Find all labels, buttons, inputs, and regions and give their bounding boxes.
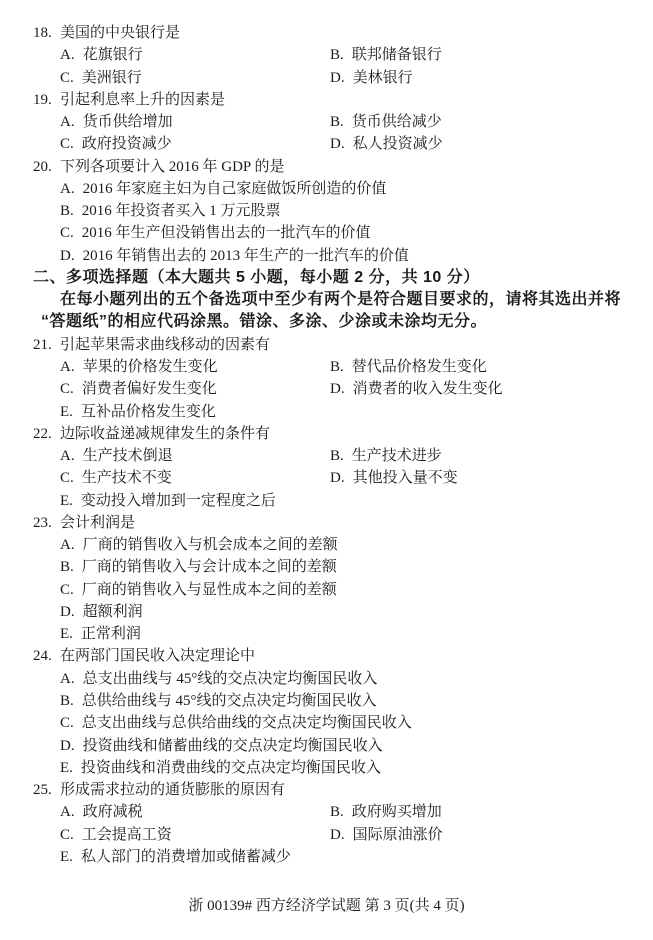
option-label: A. (60, 801, 75, 823)
option: E.正常利润 (60, 623, 141, 645)
option-label: D. (330, 467, 345, 489)
option-text: 2016 年家庭主妇为自己家庭做饭所创造的价值 (83, 178, 387, 200)
question: 23.会计利润是A.厂商的销售收入与机会成本之间的差额B.厂商的销售收入与会计成… (33, 512, 643, 646)
option: A.总支出曲线与 45°线的交点决定均衡国民收入 (60, 668, 377, 690)
option-text: 总供给曲线与 45°线的交点决定均衡国民收入 (82, 690, 377, 712)
option: A.苹果的价格发生变化 (60, 356, 330, 378)
option: D.其他投入量不变 (330, 467, 458, 489)
option: C.美洲银行 (60, 67, 330, 89)
option-label: E. (60, 623, 73, 645)
question-text: 形成需求拉动的通货膨胀的原因有 (60, 782, 285, 798)
option-text: 生产技术不变 (82, 467, 172, 489)
option-text: 货币供给增加 (83, 111, 173, 133)
option-label: A. (60, 356, 75, 378)
option-row: C.2016 年生产但没销售出去的一批汽车的价值 (33, 222, 643, 244)
option-label: B. (330, 44, 344, 66)
option-label: C. (60, 133, 74, 155)
option-label: C. (60, 467, 74, 489)
question-text: 边际收益递减规律发生的条件有 (60, 426, 270, 442)
option-row: C.消费者偏好发生变化D.消费者的收入发生变化 (33, 378, 643, 400)
option-label: A. (60, 178, 75, 200)
option-label: D. (60, 601, 75, 623)
option-label: E. (60, 401, 73, 423)
option-text: 替代品价格发生变化 (352, 356, 487, 378)
question-text: 会计利润是 (60, 515, 135, 531)
option-label: C. (60, 579, 74, 601)
question: 21.引起苹果需求曲线移动的因素有A.苹果的价格发生变化B.替代品价格发生变化C… (33, 334, 643, 423)
option-row: C.工会提高工资D.国际原油涨价 (33, 824, 643, 846)
option-text: 政府投资减少 (82, 133, 172, 155)
option-row: E.投资曲线和消费曲线的交点决定均衡国民收入 (33, 757, 643, 779)
option: A.花旗银行 (60, 44, 330, 66)
option-row: E.私人部门的消费增加或储蓄减少 (33, 846, 643, 868)
question: 24.在两部门国民收入决定理论中A.总支出曲线与 45°线的交点决定均衡国民收入… (33, 645, 643, 779)
question-number: 23. (33, 512, 60, 534)
question: 22.边际收益递减规律发生的条件有A.生产技术倒退B.生产技术进步C.生产技术不… (33, 423, 643, 512)
question-number: 21. (33, 334, 60, 356)
option: C.工会提高工资 (60, 824, 330, 846)
option-row: D.投资曲线和储蓄曲线的交点决定均衡国民收入 (33, 735, 643, 757)
option-label: B. (60, 690, 74, 712)
option-text: 生产技术进步 (352, 445, 442, 467)
question-text: 下列各项要计入 2016 年 GDP 的是 (60, 159, 284, 175)
option-text: 互补品价格发生变化 (81, 401, 216, 423)
question-text: 在两部门国民收入决定理论中 (60, 648, 255, 664)
option: A.2016 年家庭主妇为自己家庭做饭所创造的价值 (60, 178, 386, 200)
option-text: 苹果的价格发生变化 (83, 356, 218, 378)
option-label: D. (330, 67, 345, 89)
option-text: 美洲银行 (82, 67, 142, 89)
option-row: B.厂商的销售收入与会计成本之间的差额 (33, 556, 643, 578)
option-text: 2016 年投资者买入 1 万元股票 (82, 200, 281, 222)
exam-page: 18.美国的中央银行是A.花旗银行B.联邦储备银行C.美洲银行D.美林银行19.… (0, 0, 653, 940)
option: B.2016 年投资者买入 1 万元股票 (60, 200, 281, 222)
option: C.总支出曲线与总供给曲线的交点决定均衡国民收入 (60, 712, 412, 734)
option-text: 投资曲线和消费曲线的交点决定均衡国民收入 (81, 757, 381, 779)
option-text: 其他投入量不变 (353, 467, 458, 489)
option: E.私人部门的消费增加或储蓄减少 (60, 846, 291, 868)
option-label: B. (60, 200, 74, 222)
option-label: B. (330, 111, 344, 133)
option: C.政府投资减少 (60, 133, 330, 155)
option-label: A. (60, 668, 75, 690)
option-text: 花旗银行 (83, 44, 143, 66)
option: B.厂商的销售收入与会计成本之间的差额 (60, 556, 337, 578)
question-number: 18. (33, 22, 60, 44)
option: E.变动投入增加到一定程度之后 (60, 490, 276, 512)
option-label: A. (60, 534, 75, 556)
option-row: A.生产技术倒退B.生产技术进步 (33, 445, 643, 467)
option-text: 厂商的销售收入与会计成本之间的差额 (82, 556, 337, 578)
section-instruction: 在每小题列出的五个备选项中至少有两个是符合题目要求的，请将其选出并将 (33, 289, 643, 311)
option-row: E.互补品价格发生变化 (33, 401, 643, 423)
option-label: B. (330, 356, 344, 378)
option-text: 政府购买增加 (352, 801, 442, 823)
option-label: E. (60, 490, 73, 512)
option-row: A.货币供给增加B.货币供给减少 (33, 111, 643, 133)
option: D.2016 年销售出去的 2013 年生产的一批汽车的价值 (60, 245, 409, 267)
option: B.政府购买增加 (330, 801, 442, 823)
question-number: 22. (33, 423, 60, 445)
option-text: 总支出曲线与总供给曲线的交点决定均衡国民收入 (82, 712, 412, 734)
option-text: 消费者偏好发生变化 (82, 378, 217, 400)
option: B.生产技术进步 (330, 445, 442, 467)
option-label: A. (60, 445, 75, 467)
option-row: A.花旗银行B.联邦储备银行 (33, 44, 643, 66)
option: D.国际原油涨价 (330, 824, 443, 846)
option-label: D. (330, 133, 345, 155)
option-text: 消费者的收入发生变化 (353, 378, 503, 400)
question: 25.形成需求拉动的通货膨胀的原因有A.政府减税B.政府购买增加C.工会提高工资… (33, 779, 643, 868)
option-text: 厂商的销售收入与机会成本之间的差额 (83, 534, 338, 556)
option-row: D.2016 年销售出去的 2013 年生产的一批汽车的价值 (33, 245, 643, 267)
question-stem: 19.引起利息率上升的因素是 (33, 89, 643, 111)
option-label: C. (60, 824, 74, 846)
option: E.互补品价格发生变化 (60, 401, 216, 423)
option-row: A.厂商的销售收入与机会成本之间的差额 (33, 534, 643, 556)
option-text: 超额利润 (83, 601, 143, 623)
option: D.私人投资减少 (330, 133, 443, 155)
footer-text: 浙 00139# 西方经济学试题 第 3 页(共 4 页) (188, 898, 464, 914)
option-label: B. (60, 556, 74, 578)
option: A.生产技术倒退 (60, 445, 330, 467)
option-row: A.总支出曲线与 45°线的交点决定均衡国民收入 (33, 668, 643, 690)
section-title: 二、多项选择题（本大题共 5 小题，每小题 2 分，共 10 分） (33, 267, 643, 289)
option: D.美林银行 (330, 67, 413, 89)
question-number: 19. (33, 89, 60, 111)
question-stem: 20.下列各项要计入 2016 年 GDP 的是 (33, 156, 643, 178)
option: B.替代品价格发生变化 (330, 356, 487, 378)
option-text: 美林银行 (353, 67, 413, 89)
option: A.货币供给增加 (60, 111, 330, 133)
question-text: 引起苹果需求曲线移动的因素有 (60, 337, 270, 353)
question: 20.下列各项要计入 2016 年 GDP 的是A.2016 年家庭主妇为自己家… (33, 156, 643, 267)
option-label: C. (60, 67, 74, 89)
option: C.2016 年生产但没销售出去的一批汽车的价值 (60, 222, 371, 244)
question-stem: 21.引起苹果需求曲线移动的因素有 (33, 334, 643, 356)
question-stem: 18.美国的中央银行是 (33, 22, 643, 44)
option-text: 工会提高工资 (82, 824, 172, 846)
option-label: D. (330, 824, 345, 846)
option-row: C.美洲银行D.美林银行 (33, 67, 643, 89)
option-label: C. (60, 378, 74, 400)
exam-body: 18.美国的中央银行是A.花旗银行B.联邦储备银行C.美洲银行D.美林银行19.… (33, 22, 643, 868)
option-row: A.2016 年家庭主妇为自己家庭做饭所创造的价值 (33, 178, 643, 200)
option-text: 国际原油涨价 (353, 824, 443, 846)
option-text: 厂商的销售收入与显性成本之间的差额 (82, 579, 337, 601)
option: D.投资曲线和储蓄曲线的交点决定均衡国民收入 (60, 735, 383, 757)
option-label: D. (60, 735, 75, 757)
option-label: E. (60, 846, 73, 868)
option-label: A. (60, 111, 75, 133)
option-text: 私人部门的消费增加或储蓄减少 (81, 846, 291, 868)
option-label: D. (330, 378, 345, 400)
option-row: C.总支出曲线与总供给曲线的交点决定均衡国民收入 (33, 712, 643, 734)
option-text: 正常利润 (81, 623, 141, 645)
question-number: 25. (33, 779, 60, 801)
option-row: B.2016 年投资者买入 1 万元股票 (33, 200, 643, 222)
option: B.联邦储备银行 (330, 44, 442, 66)
option-row: D.超额利润 (33, 601, 643, 623)
option: B.总供给曲线与 45°线的交点决定均衡国民收入 (60, 690, 377, 712)
option: A.厂商的销售收入与机会成本之间的差额 (60, 534, 338, 556)
option-text: 私人投资减少 (353, 133, 443, 155)
option-text: 2016 年生产但没销售出去的一批汽车的价值 (82, 222, 371, 244)
option: D.消费者的收入发生变化 (330, 378, 503, 400)
option-row: B.总供给曲线与 45°线的交点决定均衡国民收入 (33, 690, 643, 712)
option-row: E.正常利润 (33, 623, 643, 645)
option: E.投资曲线和消费曲线的交点决定均衡国民收入 (60, 757, 381, 779)
option-text: 投资曲线和储蓄曲线的交点决定均衡国民收入 (83, 735, 383, 757)
option-label: B. (330, 801, 344, 823)
option-text: 总支出曲线与 45°线的交点决定均衡国民收入 (83, 668, 378, 690)
option: C.厂商的销售收入与显性成本之间的差额 (60, 579, 337, 601)
option-label: B. (330, 445, 344, 467)
question-stem: 23.会计利润是 (33, 512, 643, 534)
question-stem: 25.形成需求拉动的通货膨胀的原因有 (33, 779, 643, 801)
option-row: C.厂商的销售收入与显性成本之间的差额 (33, 579, 643, 601)
question: 18.美国的中央银行是A.花旗银行B.联邦储备银行C.美洲银行D.美林银行 (33, 22, 643, 89)
option-label: C. (60, 222, 74, 244)
option: C.消费者偏好发生变化 (60, 378, 330, 400)
question: 19.引起利息率上升的因素是A.货币供给增加B.货币供给减少C.政府投资减少D.… (33, 89, 643, 156)
option: A.政府减税 (60, 801, 330, 823)
option-label: D. (60, 245, 75, 267)
option-row: C.政府投资减少D.私人投资减少 (33, 133, 643, 155)
option-row: C.生产技术不变D.其他投入量不变 (33, 467, 643, 489)
question-text: 引起利息率上升的因素是 (60, 92, 225, 108)
option: C.生产技术不变 (60, 467, 330, 489)
question-number: 20. (33, 156, 60, 178)
question-text: 美国的中央银行是 (60, 25, 180, 41)
option-row: E.变动投入增加到一定程度之后 (33, 490, 643, 512)
option: D.超额利润 (60, 601, 143, 623)
page-footer: 浙 00139# 西方经济学试题 第 3 页(共 4 页) (0, 894, 653, 915)
option: B.货币供给减少 (330, 111, 442, 133)
option-text: 生产技术倒退 (83, 445, 173, 467)
question-number: 24. (33, 645, 60, 667)
option-text: 变动投入增加到一定程度之后 (81, 490, 276, 512)
option-text: 货币供给减少 (352, 111, 442, 133)
section-header: 二、多项选择题（本大题共 5 小题，每小题 2 分，共 10 分）在每小题列出的… (33, 267, 643, 334)
option-row: A.政府减税B.政府购买增加 (33, 801, 643, 823)
option-text: 2016 年销售出去的 2013 年生产的一批汽车的价值 (83, 245, 409, 267)
option-text: 联邦储备银行 (352, 44, 442, 66)
option-label: C. (60, 712, 74, 734)
option-text: 政府减税 (83, 801, 143, 823)
question-stem: 24.在两部门国民收入决定理论中 (33, 645, 643, 667)
option-label: E. (60, 757, 73, 779)
option-label: A. (60, 44, 75, 66)
question-stem: 22.边际收益递减规律发生的条件有 (33, 423, 643, 445)
option-row: A.苹果的价格发生变化B.替代品价格发生变化 (33, 356, 643, 378)
section-instruction: “答题纸”的相应代码涂黑。错涂、多涂、少涂或未涂均无分。 (33, 311, 643, 333)
